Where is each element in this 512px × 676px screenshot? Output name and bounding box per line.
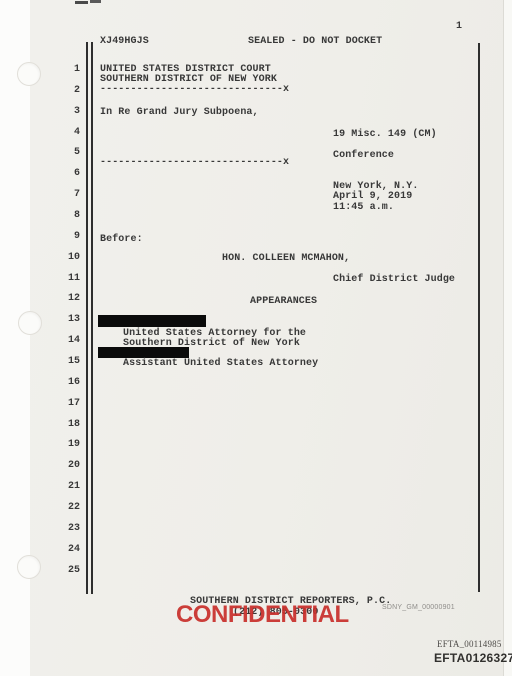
line-number: 24 xyxy=(60,540,80,561)
document-id: XJ49HGJS xyxy=(100,36,149,47)
line-number: 9 xyxy=(60,227,80,248)
line-number: 15 xyxy=(60,352,80,373)
sealed-label: SEALED - DO NOT DOCKET xyxy=(248,36,382,47)
line-number: 23 xyxy=(60,519,80,540)
hearing-date: April 9, 2019 xyxy=(333,191,412,202)
appearances-heading: APPEARANCES xyxy=(250,296,317,307)
line-number: 14 xyxy=(60,331,80,352)
line-number: 20 xyxy=(60,456,80,477)
scan-artifact-mark xyxy=(90,0,101,3)
judge-name: HON. COLLEEN MCMAHON, xyxy=(222,253,350,264)
before-label: Before: xyxy=(100,234,143,245)
line-number: 6 xyxy=(60,164,80,185)
line-number: 4 xyxy=(60,123,80,144)
bates-number-sdny: SDNY_GM_00000901 xyxy=(382,604,455,611)
bates-number-efta-large: EFTA01263272 xyxy=(434,651,512,665)
line-number: 11 xyxy=(60,269,80,290)
line-number-column: 1234567891011121314151617181920212223242… xyxy=(60,60,80,581)
left-margin-double-rule xyxy=(86,42,93,594)
punch-hole xyxy=(17,555,41,579)
redaction-bar xyxy=(98,347,189,358)
line-number: 3 xyxy=(60,102,80,123)
line-number: 13 xyxy=(60,310,80,331)
confidential-stamp: CONFIDENTIAL xyxy=(176,601,349,629)
line-number: 12 xyxy=(60,289,80,310)
line-number: 2 xyxy=(60,81,80,102)
line-number: 18 xyxy=(60,415,80,436)
line-number: 1 xyxy=(60,60,80,81)
paper-right-edge xyxy=(503,0,512,676)
line-number: 17 xyxy=(60,394,80,415)
caption-divider-top: ------------------------------x xyxy=(100,84,289,95)
punch-hole xyxy=(17,62,41,86)
line-number: 21 xyxy=(60,477,80,498)
punch-hole xyxy=(18,311,42,335)
redaction-bar xyxy=(98,315,206,327)
line-number: 22 xyxy=(60,498,80,519)
right-margin-rule xyxy=(478,43,480,592)
judge-title: Chief District Judge xyxy=(333,274,455,285)
line-number: 5 xyxy=(60,143,80,164)
line-number: 16 xyxy=(60,373,80,394)
line-number: 10 xyxy=(60,248,80,269)
hearing-time: 11:45 a.m. xyxy=(333,202,394,213)
case-caption: In Re Grand Jury Subpoena, xyxy=(100,107,259,118)
appearance2-line1: Assistant United States Attorney xyxy=(123,358,318,369)
caption-divider-bottom: ------------------------------x xyxy=(100,157,289,168)
proceeding-type: Conference xyxy=(333,150,394,161)
scanned-transcript-page: 1 XJ49HGJS SEALED - DO NOT DOCKET 123456… xyxy=(0,0,512,676)
scan-artifact xyxy=(75,0,103,5)
scan-artifact-mark xyxy=(75,1,88,4)
line-number: 25 xyxy=(60,561,80,582)
line-number: 19 xyxy=(60,435,80,456)
bates-number-efta-small: EFTA_00114985 xyxy=(437,639,502,649)
page-number: 1 xyxy=(456,21,462,32)
docket-number: 19 Misc. 149 (CM) xyxy=(333,129,437,140)
line-number: 7 xyxy=(60,185,80,206)
line-number: 8 xyxy=(60,206,80,227)
